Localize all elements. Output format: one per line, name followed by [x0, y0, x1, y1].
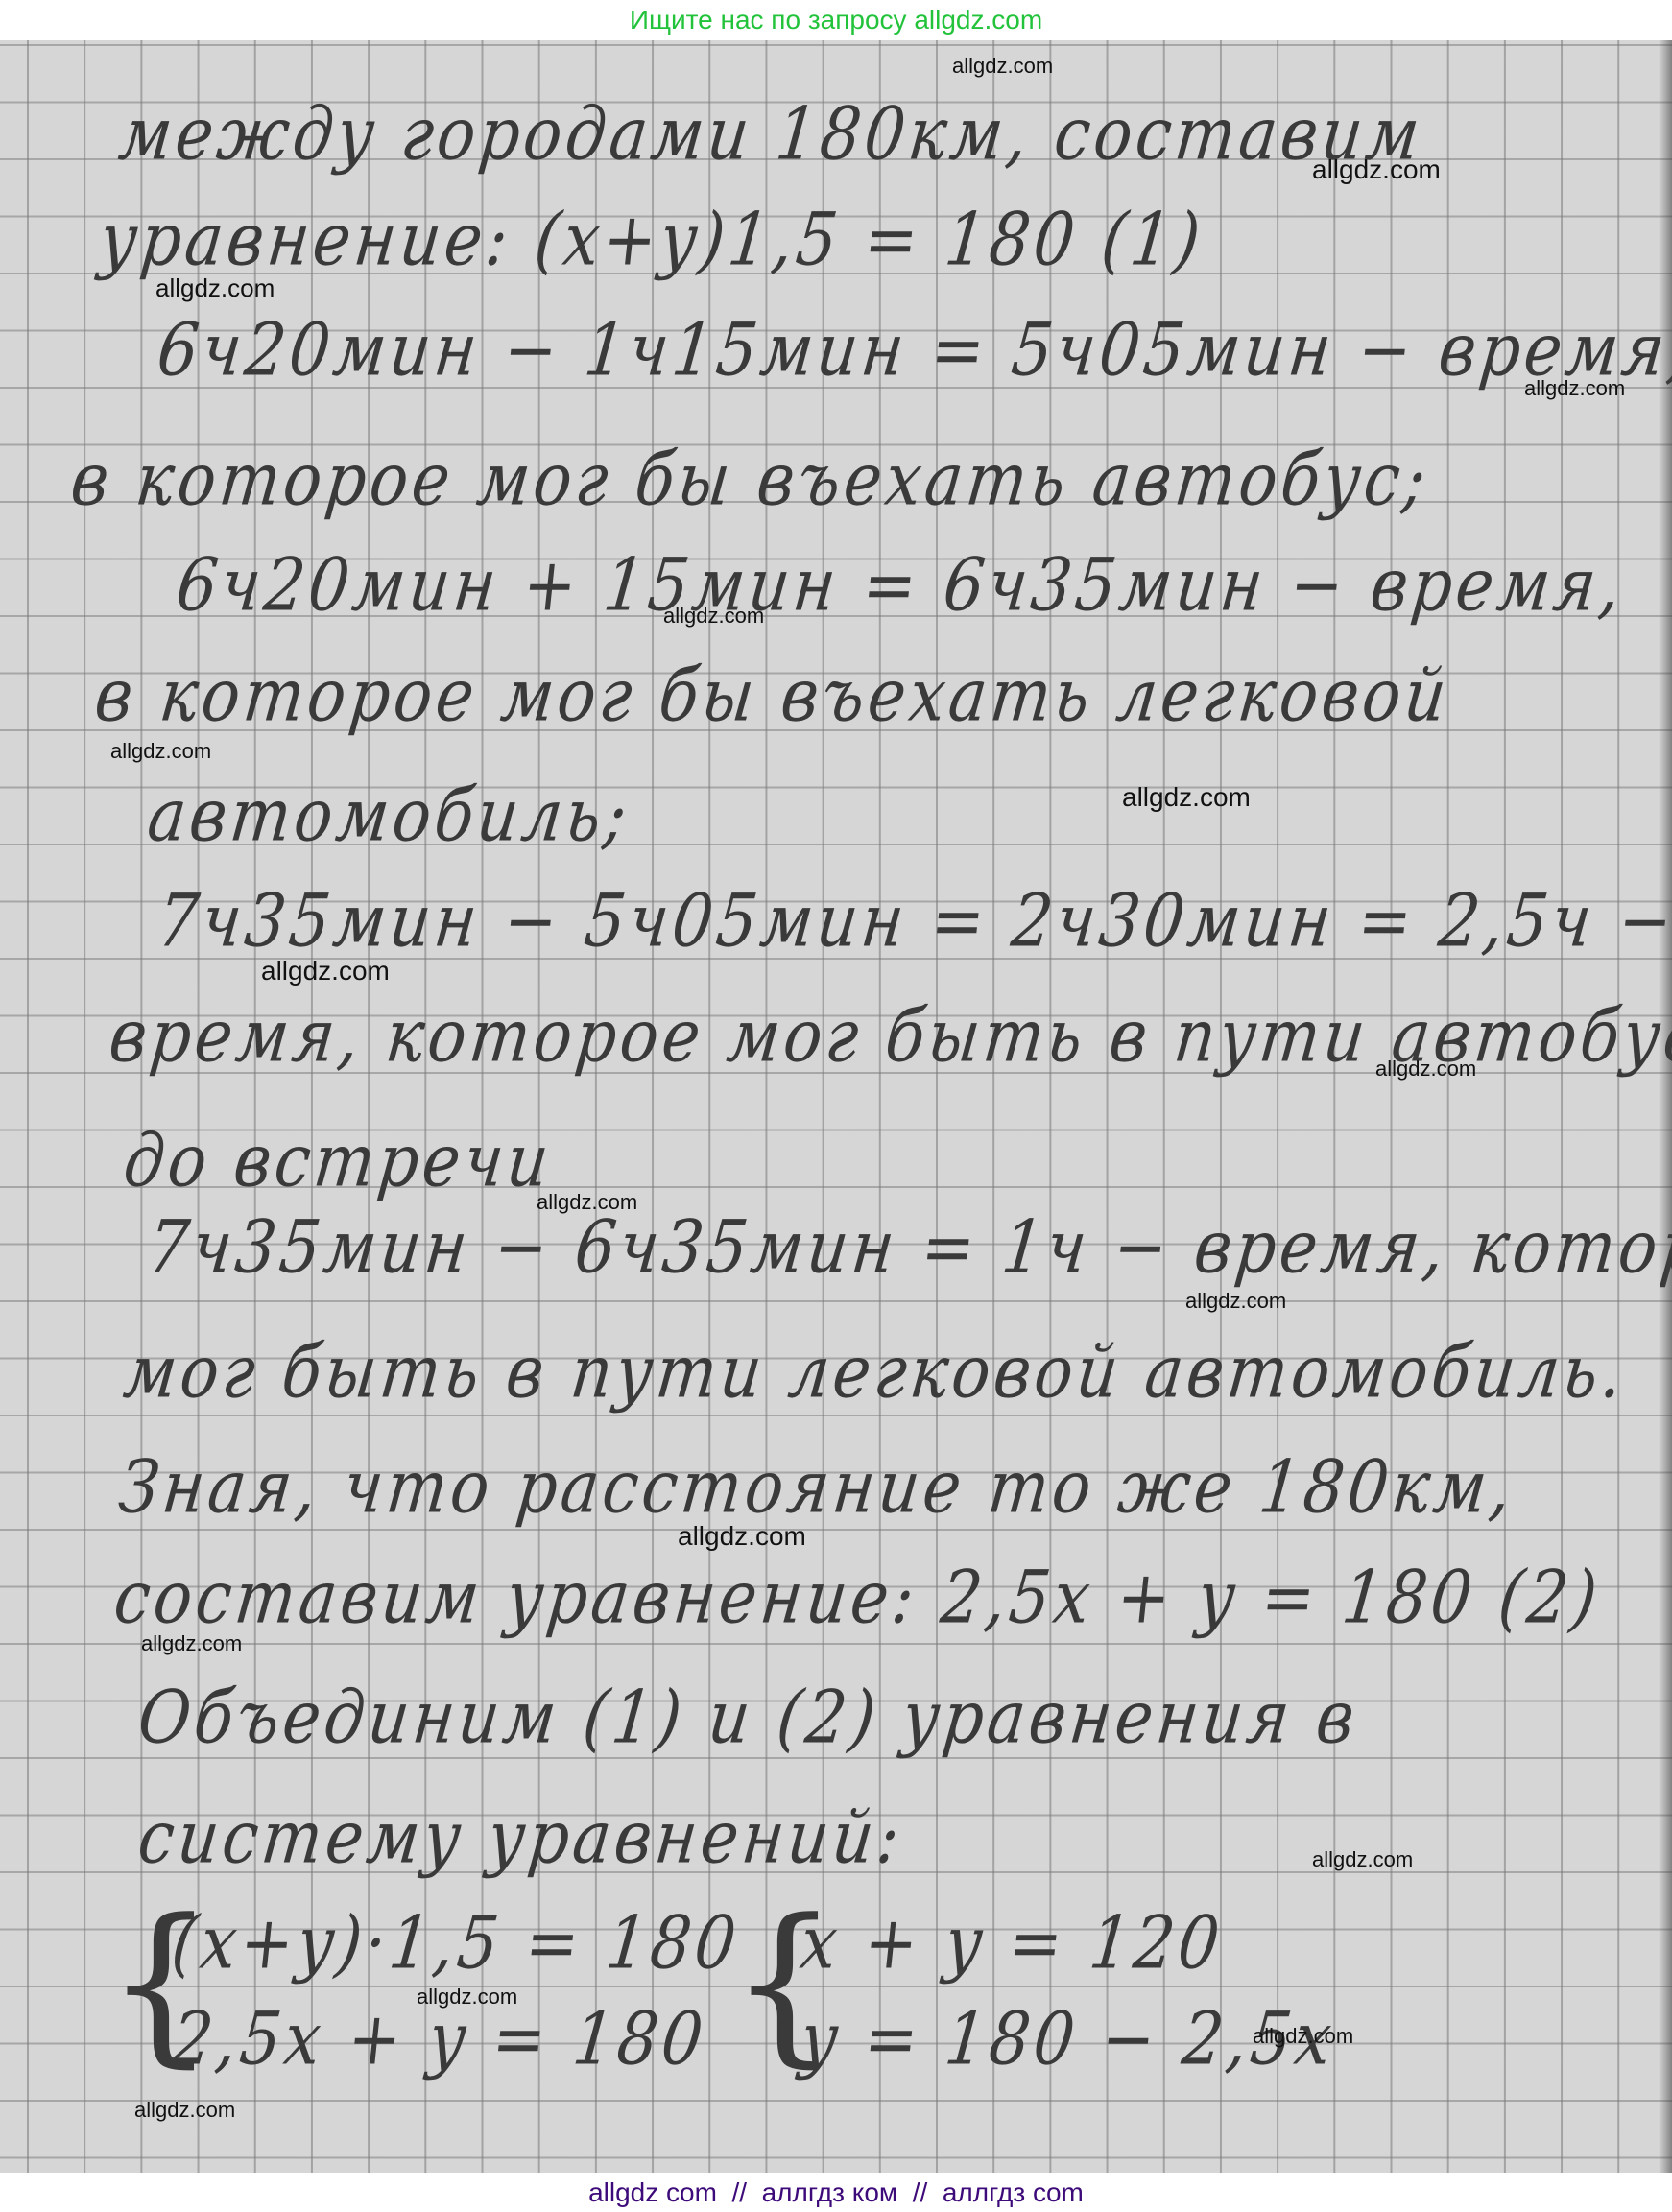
watermark: allgdz.com	[155, 274, 275, 303]
handwritten-line: 6ч20мин − 1ч15мин = 5ч05мин − время,	[154, 307, 1672, 392]
handwritten-line: между городами 180км, составим	[115, 91, 1427, 177]
watermark: allgdz.com	[1524, 376, 1625, 401]
handwritten-line: в которое мог бы въехать легковой	[91, 653, 1454, 738]
handwritten-line: систему уравнений:	[134, 1795, 907, 1880]
handwritten-line: составим уравнение: 2,5x + y = 180 (2)	[110, 1555, 1605, 1640]
handwritten-line: в которое мог бы въехать автобус;	[67, 437, 1433, 522]
watermark: allgdz.com	[134, 2098, 235, 2123]
watermark: allgdz.com	[141, 1631, 242, 1656]
handwritten-line: до встречи	[120, 1118, 557, 1203]
watermark: allgdz.com	[417, 1985, 517, 2010]
watermark: allgdz.com	[663, 604, 764, 629]
handwritten-line: уравнение: (x+y)1,5 = 180 (1)	[96, 197, 1207, 282]
handwritten-line: 7ч35мин − 5ч05мин = 2ч30мин = 2,5ч −	[154, 878, 1672, 963]
watermark: allgdz.com	[537, 1190, 637, 1215]
header-banner: Ищите нас по запросу allgdz.com	[0, 0, 1672, 40]
watermark: allgdz.com	[1185, 1289, 1286, 1314]
watermark: allgdz.com	[1312, 155, 1441, 185]
handwritten-line: мог быть в пути легковой автомобиль.	[120, 1329, 1630, 1415]
handwritten-line: Объединим (1) и (2) уравнения в	[134, 1675, 1362, 1760]
handwritten-line: 7ч35мин − 6ч35мин = 1ч − время, которое	[144, 1204, 1672, 1290]
system-left-eq-1: (x+y)·1,5 = 180	[168, 1900, 744, 1986]
watermark: allgdz.com	[678, 1521, 806, 1552]
watermark: allgdz.com	[261, 956, 390, 987]
watermark: allgdz.com	[110, 739, 211, 764]
notebook-page: между городами 180км, составим уравнение…	[0, 40, 1672, 2173]
watermark: allgdz.com	[1253, 2024, 1353, 2049]
handwritten-line: 6ч20мин + 15мин = 6ч35мин − время,	[173, 542, 1628, 628]
handwritten-line: Зная, что расстояние то же 180км,	[115, 1444, 1518, 1530]
handwritten-line: автомобиль;	[144, 773, 634, 858]
footer-banner: allgdz com // аллгдз ком // аллгдз com	[0, 2173, 1672, 2212]
system-right-eq-1: x + y = 120	[797, 1900, 1227, 1986]
watermark: allgdz.com	[1312, 1847, 1413, 1872]
watermark: allgdz.com	[1375, 1057, 1476, 1082]
watermark: allgdz.com	[1122, 782, 1251, 813]
watermark: allgdz.com	[952, 54, 1053, 79]
